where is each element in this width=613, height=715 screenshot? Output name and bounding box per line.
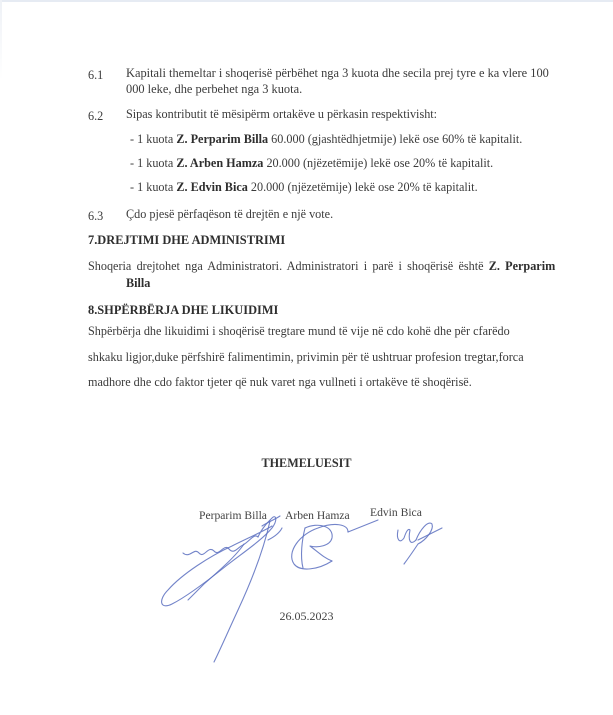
clause-6-2-text: Sipas kontributit të mësipërm ortakëve u…	[126, 108, 437, 120]
shareholder-line: - 1 kuota Z. Arben Hamza 20.000 (njëzetë…	[130, 157, 493, 169]
shareholder-prefix: - 1 kuota	[130, 156, 176, 170]
section-7-text-body: Shoqeria drejtohet nga Administratori. A…	[88, 259, 489, 273]
founder-name-arben-hamza: Arben Hamza	[285, 510, 350, 522]
section-8-heading: 8.SHPËRBËRJA DHE LIKUIDIMI	[88, 304, 278, 316]
founder-name-edvin-bica: Edvin Bica	[370, 507, 422, 519]
signature-edvin-bica	[397, 523, 442, 564]
founders-title: THEMELUESIT	[0, 457, 613, 469]
shareholder-name: Z. Perparim Billa	[176, 132, 268, 146]
section-8-line-3: madhore dhe cdo faktor tjeter që nuk var…	[88, 376, 472, 388]
founder-name-perparim-billa: Perparim Billa	[199, 510, 267, 522]
shareholder-name: Z. Edvin Bica	[176, 180, 247, 194]
clause-number-6-1: 6.1	[88, 69, 103, 81]
clause-number-6-3: 6.3	[88, 210, 103, 222]
shareholder-share: 20.000 (njëzetëmije) lekë ose 20% të kap…	[263, 156, 493, 170]
shareholder-line: - 1 kuota Z. Perparim Billa 60.000 (gjas…	[130, 133, 522, 145]
signature-arben-hamza	[292, 520, 378, 569]
signature-perparim-billa	[162, 516, 282, 662]
shareholder-prefix: - 1 kuota	[130, 132, 176, 146]
page-left-edge	[0, 0, 2, 80]
section-7-heading: 7.DREJTIMI DHE ADMINISTRIMI	[88, 234, 285, 246]
administrator-name: Z. Perparim	[489, 259, 556, 273]
clause-6-3-text: Çdo pjesë përfaqëson të drejtën e një vo…	[126, 208, 333, 220]
section-8-line-1: Shpërbërja dhe likuidimi i shoqërisë tre…	[88, 325, 510, 337]
section-7-text: Shoqeria drejtohet nga Administratori. A…	[88, 260, 555, 272]
section-8-line-2: shkaku ligjor,duke përfshirë falimentimi…	[88, 351, 524, 363]
shareholder-share: 20.000 (njëzetëmije) lekë ose 20% të kap…	[248, 180, 478, 194]
shareholder-share: 60.000 (gjashtëdhjetmije) lekë ose 60% t…	[268, 132, 522, 146]
clause-6-1-line-1: Kapitali themeltar i shoqerisë përbëhet …	[126, 67, 549, 79]
signing-date: 26.05.2023	[0, 610, 613, 622]
shareholder-prefix: - 1 kuota	[130, 180, 176, 194]
shareholder-line: - 1 kuota Z. Edvin Bica 20.000 (njëzetëm…	[130, 181, 478, 193]
shareholder-name: Z. Arben Hamza	[176, 156, 263, 170]
clause-6-1-line-2: 000 leke, dhe perbehet nga 3 kuota.	[126, 83, 302, 95]
administrator-name-continued: Billa	[126, 277, 150, 289]
page-top-edge	[0, 0, 613, 2]
clause-number-6-2: 6.2	[88, 110, 103, 122]
